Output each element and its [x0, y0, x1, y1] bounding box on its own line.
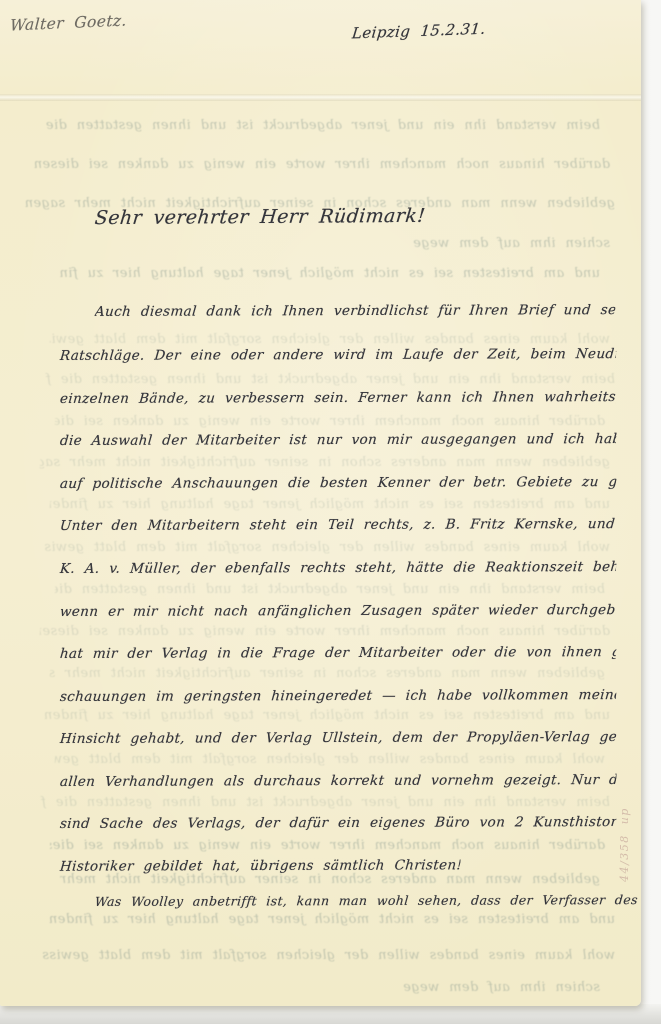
- bleed-through-line: schien ihm auf dem wege: [259, 236, 610, 251]
- body-line: Historiker gebildet hat, übrigens sämtli…: [59, 857, 460, 874]
- body-line: Ratschläge. Der eine oder andere wird im…: [59, 346, 617, 364]
- body-line: Auch diesmal dank ich Ihnen verbindlichs…: [94, 302, 615, 320]
- body-line: Was Woolley anbetrifft ist, kann man woh…: [94, 892, 640, 909]
- bleed-through-line: beim verstand ihn ein und jener abgedruc…: [39, 118, 600, 133]
- bleed-through-line: schien ihm auf dem wege: [99, 980, 600, 995]
- bleed-through-line: geblieben wenn man anderes schon in sein…: [39, 455, 610, 470]
- bleed-through-line: und am breitesten sei es nicht möglich j…: [44, 708, 610, 723]
- body-line: K. A. v. Müller, der ebenfalls rechts st…: [59, 559, 617, 577]
- bleed-through-line: und am breitesten sei es nicht möglich j…: [49, 497, 610, 512]
- bleed-through-line: wohl kaum eines bandes willen der gleich…: [44, 540, 610, 555]
- scanner-background-strip: [0, 1004, 661, 1024]
- bleed-through-line: darüber hinaus noch manchem ihrer worte …: [54, 414, 605, 429]
- bleed-through-line: und am breitesten sei es nicht möglich j…: [59, 266, 600, 281]
- body-line: hat mir der Verlag in die Frage der Mita…: [59, 644, 617, 662]
- bleed-through-line: und am breitesten sei es nicht möglich j…: [34, 912, 615, 927]
- body-line: allen Verhandlungen als durchaus korrekt…: [59, 772, 617, 790]
- bleed-through-line: darüber hinaus noch manchem ihrer worte …: [49, 838, 605, 853]
- bleed-through-line: beim verstand ihn ein und jener abgedruc…: [54, 582, 605, 597]
- body-line: Hinsicht gehabt, und der Verlag Ullstein…: [59, 729, 617, 747]
- body-line: einzelnen Bände, zu verbessern sein. Fer…: [59, 389, 617, 407]
- body-line: auf politische Anschauungen die besten K…: [59, 474, 617, 492]
- salutation-line: Sehr verehrter Herr Rüdimark!: [94, 205, 427, 229]
- bleed-through-line: geblieben wenn man anderes schon in sein…: [49, 666, 605, 681]
- scanned-page: beim verstand ihn ein und jener abgedruc…: [0, 0, 661, 1024]
- bleed-through-line: wohl kaum eines bandes willen der gleich…: [54, 752, 605, 767]
- body-line: die Auswahl der Mitarbeiter ist nur von …: [59, 431, 617, 449]
- body-line: schauungen im geringsten hineingeredet —…: [59, 687, 617, 705]
- bleed-through-line: darüber hinaus noch manchem ihrer worte …: [39, 624, 610, 639]
- fold-crease: [0, 94, 641, 101]
- body-line: Unter den Mitarbeitern steht ein Teil re…: [59, 516, 617, 534]
- bleed-through-line: beim verstand ihn ein und jener abgedruc…: [39, 795, 610, 810]
- dateline: Leipzig 15.2.31.: [351, 20, 487, 43]
- body-line: sind Sache des Verlags, der dafür ein ei…: [59, 814, 617, 832]
- bleed-through-line: wohl kaum eines bandes willen der gleich…: [39, 948, 615, 963]
- bleed-through-line: beim verstand ihn ein und jener abgedruc…: [44, 372, 615, 387]
- bleed-through-line: darüber hinaus noch manchem ihrer worte …: [29, 157, 610, 172]
- letter-paper: beim verstand ihn ein und jener abgedruc…: [0, 0, 641, 1006]
- pencil-name-annotation: Walter Goetz.: [10, 11, 128, 34]
- archival-margin-note: 44/358 up: [618, 752, 631, 882]
- body-line: wenn er mir nicht nach anfänglichen Zusa…: [59, 602, 617, 620]
- bleed-through-line: wohl kaum eines bandes willen der gleich…: [49, 332, 610, 347]
